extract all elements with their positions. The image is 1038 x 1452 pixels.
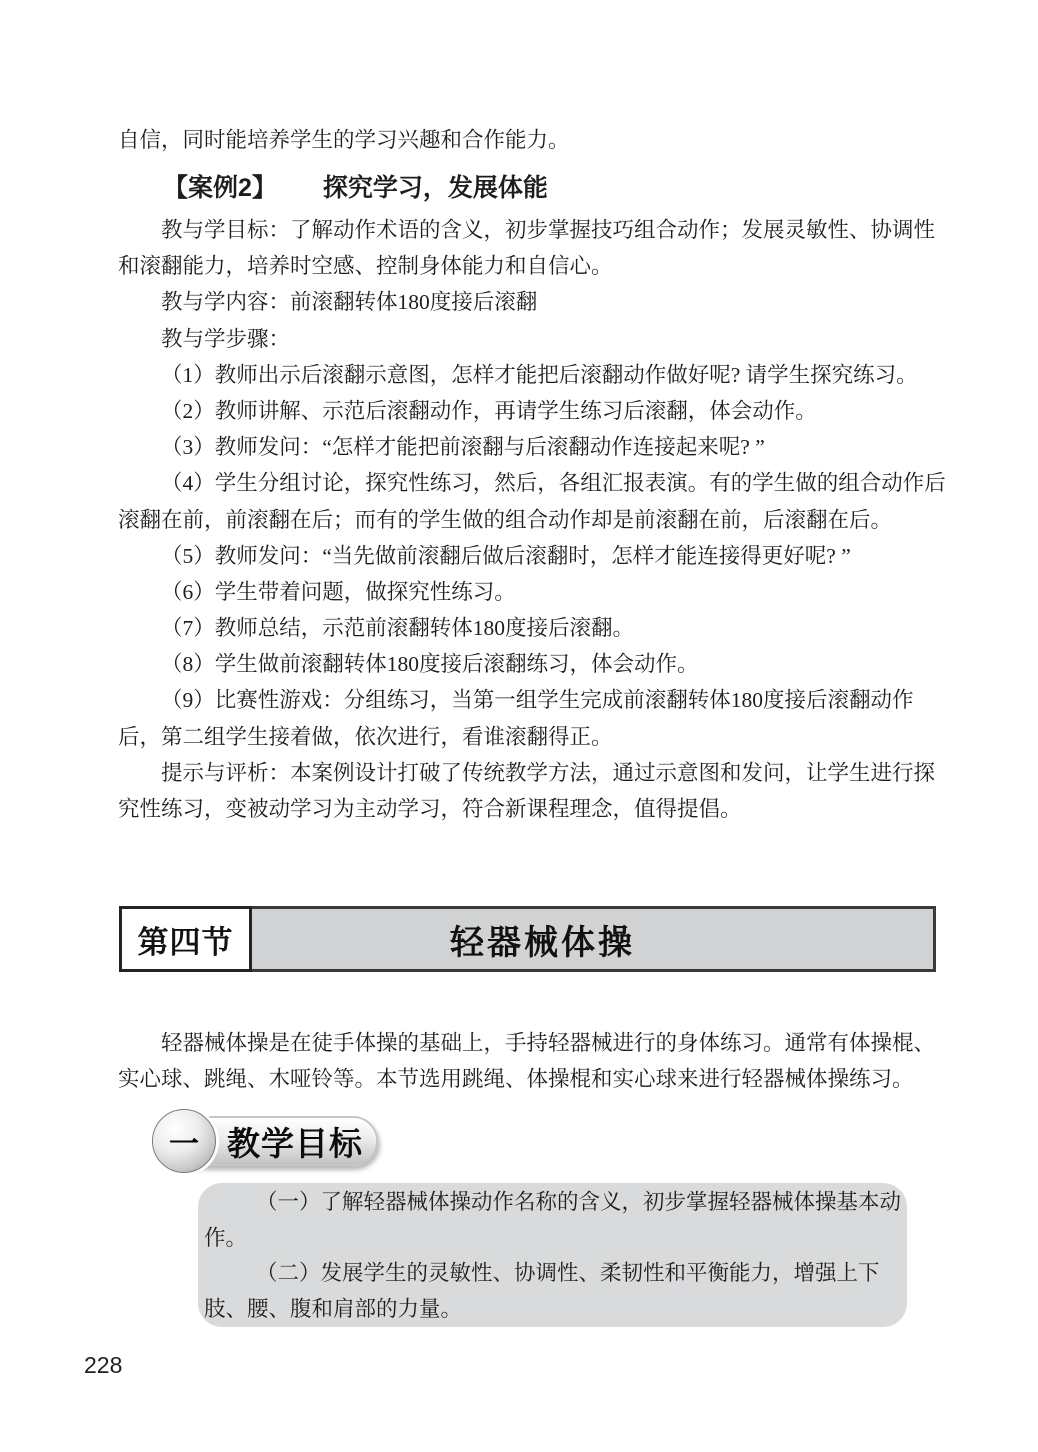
section-number-box: 第四节 bbox=[119, 906, 252, 972]
case-heading: 【案例2】探究学习，发展体能 bbox=[118, 170, 548, 206]
text-line: 教与学目标：了解动作术语的含义，初步掌握技巧组合动作；发展灵敏性、协调性 bbox=[118, 212, 936, 248]
text-line: （5）教师发问：“当先做前滚翻后做后滚翻时，怎样才能连接得更好呢? ” bbox=[118, 538, 936, 574]
text-line: 轻器械体操是在徒手体操的基础上，手持轻器械进行的身体练习。通常有体操棍、 bbox=[118, 1025, 936, 1061]
text-line: （二）发展学生的灵敏性、协调性、柔韧性和平衡能力，增强上下 bbox=[204, 1256, 907, 1292]
text-line: 教与学内容：前滚翻转体180度接后滚翻 bbox=[118, 284, 936, 320]
book-page: 自信，同时能培养学生的学习兴趣和合作能力。 【案例2】探究学习，发展体能 教与学… bbox=[0, 0, 1038, 1452]
text-line: 实心球、跳绳、木哑铃等。本节选用跳绳、体操棍和实心球来进行轻器械体操练习。 bbox=[118, 1061, 936, 1097]
page-number: 228 bbox=[84, 1352, 122, 1379]
objectives-box: （一）了解轻器械体操动作名称的含义，初步掌握轻器械体操基本动 作。 （二）发展学… bbox=[198, 1183, 907, 1327]
section-intro: 轻器械体操是在徒手体操的基础上，手持轻器械进行的身体练习。通常有体操棍、 实心球… bbox=[118, 1025, 936, 1097]
text-line: 后，第二组学生接着做，依次进行，看谁滚翻得正。 bbox=[118, 719, 936, 755]
case-body: 教与学目标：了解动作术语的含义，初步掌握技巧组合动作；发展灵敏性、协调性 和滚翻… bbox=[118, 212, 936, 827]
text-line: 究性练习，变被动学习为主动学习，符合新课程理念，值得提倡。 bbox=[118, 791, 936, 827]
objectives-badge-title: 教学目标 bbox=[227, 1118, 363, 1165]
text-line: （9）比赛性游戏：分组练习，当第一组学生完成前滚翻转体180度接后滚翻动作 bbox=[118, 682, 936, 718]
text-line: 教与学步骤： bbox=[118, 321, 936, 357]
section-banner: 第四节 轻器械体操 bbox=[119, 906, 936, 972]
objectives-badge-number: 一 bbox=[152, 1109, 216, 1173]
text-line: 肢、腰、腹和肩部的力量。 bbox=[204, 1292, 907, 1328]
text-line: 滚翻在前，前滚翻在后；而有的学生做的组合动作却是前滚翻在前，后滚翻在后。 bbox=[118, 502, 936, 538]
section-title: 轻器械体操 bbox=[252, 906, 936, 972]
text-line: 提示与评析：本案例设计打破了传统教学方法，通过示意图和发问，让学生进行探 bbox=[118, 755, 936, 791]
text-line: （一）了解轻器械体操动作名称的含义，初步掌握轻器械体操基本动 bbox=[204, 1185, 907, 1221]
objectives-badge-number-text: 一 bbox=[169, 1119, 199, 1163]
text-line: 作。 bbox=[204, 1221, 907, 1257]
case-heading-label: 【案例2】 bbox=[163, 174, 277, 202]
text-line: （6）学生带着问题，做探究性练习。 bbox=[118, 574, 936, 610]
text-line: （8）学生做前滚翻转体180度接后滚翻练习，体会动作。 bbox=[118, 646, 936, 682]
text-line: 和滚翻能力，培养时空感、控制身体能力和自信心。 bbox=[118, 248, 936, 284]
text-line: （4）学生分组讨论，探究性练习，然后，各组汇报表演。有的学生做的组合动作后 bbox=[118, 465, 936, 501]
text-line: （3）教师发问：“怎样才能把前滚翻与后滚翻动作连接起来呢? ” bbox=[118, 429, 936, 465]
text-line: （2）教师讲解、示范后滚翻动作，再请学生练习后滚翻，体会动作。 bbox=[118, 393, 936, 429]
text-line: 自信，同时能培养学生的学习兴趣和合作能力。 bbox=[118, 122, 570, 158]
text-line: （7）教师总结，示范前滚翻转体180度接后滚翻。 bbox=[118, 610, 936, 646]
case-heading-title: 探究学习，发展体能 bbox=[323, 174, 548, 202]
text-line: （1）教师出示后滚翻示意图，怎样才能把后滚翻动作做好呢? 请学生探究练习。 bbox=[118, 357, 936, 393]
